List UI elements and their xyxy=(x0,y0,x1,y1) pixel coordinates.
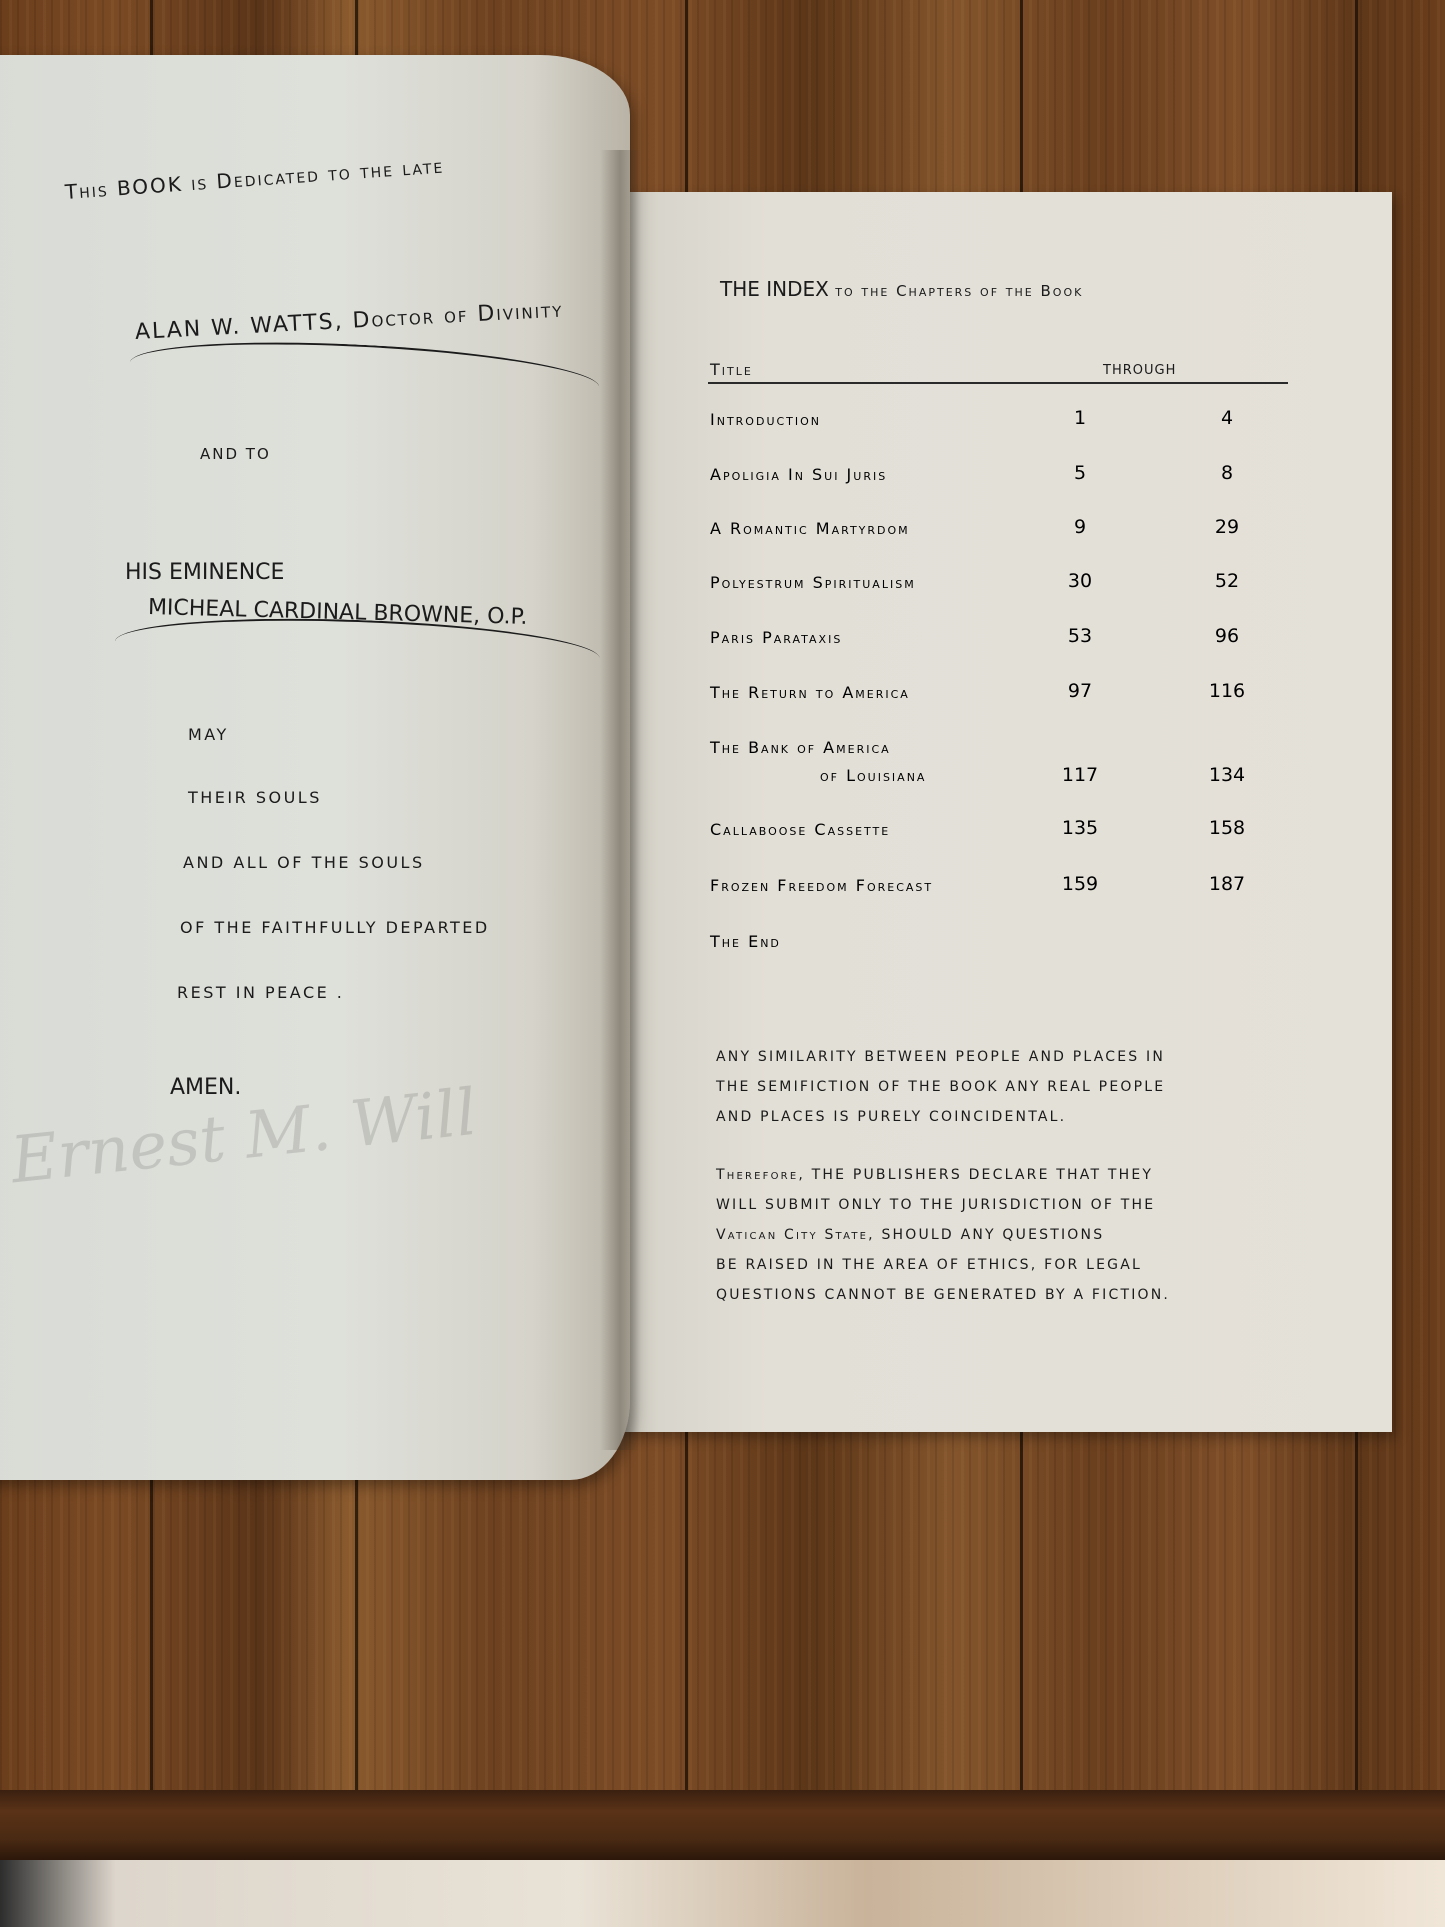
prayer-line: OF THE FAITHFULLY DEPARTED xyxy=(180,918,490,937)
chapter-title: The Return to America xyxy=(710,683,910,702)
disclaimer-line: WILL SUBMIT ONLY TO THE JURISDICTION OF … xyxy=(716,1190,1155,1220)
chapter-start-page: 53 xyxy=(1050,625,1110,647)
chapter-title: The Bank of America xyxy=(710,738,891,757)
floor-background xyxy=(0,1860,1445,1927)
chapter-title: The End xyxy=(710,932,781,951)
chapter-start-page: 159 xyxy=(1050,873,1110,895)
disclaimer-line: ANY SIMILARITY BETWEEN PEOPLE AND PLACES… xyxy=(716,1042,1165,1072)
chapter-end-page: 116 xyxy=(1192,680,1262,702)
prayer-line: MAY xyxy=(188,725,229,744)
chapter-title: Frozen Freedom Forecast xyxy=(710,876,933,895)
chapter-title: Polyestrum Spiritualism xyxy=(710,573,916,592)
index-heading-main: THE INDEX xyxy=(720,277,829,301)
chapter-title: Paris Parataxis xyxy=(710,628,842,647)
chapter-title: Apoligia In Sui Juris xyxy=(710,465,887,484)
index-heading-rest: to the Chapters of the Book xyxy=(835,282,1083,300)
chapter-title: Callaboose Cassette xyxy=(710,820,890,839)
chapter-row: Paris Parataxis5396 xyxy=(710,628,1270,658)
left-page xyxy=(0,55,630,1480)
chapter-start-page: 9 xyxy=(1050,516,1110,538)
chapter-row: Introduction14 xyxy=(710,410,1270,440)
chapter-row: The Return to America97116 xyxy=(710,683,1270,713)
disclaimer-line: THE SEMIFICTION OF THE BOOK ANY REAL PEO… xyxy=(716,1072,1165,1102)
chapter-end-page: 134 xyxy=(1192,764,1262,786)
chapter-title: A Romantic Martyrdom xyxy=(710,519,910,538)
disclaimer-line: QUESTIONS CANNOT BE GENERATED BY A FICTI… xyxy=(716,1280,1170,1310)
chapter-row: A Romantic Martyrdom929 xyxy=(710,519,1270,549)
chapter-end-page: 8 xyxy=(1192,462,1262,484)
chapter-row: The Bank of Americaof Louisiana117134 xyxy=(710,738,1270,768)
chapter-title: Introduction xyxy=(710,410,821,429)
chapter-start-page: 135 xyxy=(1050,817,1110,839)
chapter-row: Apoligia In Sui Juris58 xyxy=(710,465,1270,495)
dedicatee-title: HIS EMINENCE xyxy=(125,560,284,585)
chapter-title-line2: of Louisiana xyxy=(820,766,926,785)
chapter-end-page: 29 xyxy=(1192,516,1262,538)
disclaimer-line: AND PLACES IS PURELY COINCIDENTAL. xyxy=(716,1102,1066,1132)
index-heading: THE INDEX to the Chapters of the Book xyxy=(720,277,1083,301)
chapter-start-page: 30 xyxy=(1050,570,1110,592)
chapter-row: Frozen Freedom Forecast159187 xyxy=(710,876,1270,906)
disclaimer-line: Therefore, THE PUBLISHERS DECLARE THAT T… xyxy=(716,1160,1153,1190)
chapter-start-page: 1 xyxy=(1050,407,1110,429)
book-gutter xyxy=(600,150,640,1450)
chapter-end-page: 187 xyxy=(1192,873,1262,895)
conjunction-and-to: AND TO xyxy=(200,445,271,463)
table-edge xyxy=(0,1790,1445,1860)
chapter-end-page: 4 xyxy=(1192,407,1262,429)
prayer-line: REST IN PEACE . xyxy=(177,983,344,1002)
chapter-start-page: 117 xyxy=(1050,764,1110,786)
disclaimer-line: Vatican City State, SHOULD ANY QUESTIONS xyxy=(716,1220,1104,1250)
chapter-start-page: 97 xyxy=(1050,680,1110,702)
column-header-through: THROUGH xyxy=(1103,363,1176,378)
chapter-end-page: 158 xyxy=(1192,817,1262,839)
chapter-end-page: 96 xyxy=(1192,625,1262,647)
chapter-row: Polyestrum Spiritualism3052 xyxy=(710,573,1270,603)
prayer-line: THEIR SOULS xyxy=(188,788,322,807)
header-rule xyxy=(708,382,1288,384)
chapter-row: The End xyxy=(710,932,1270,962)
disclaimer-line: BE RAISED IN THE AREA OF ETHICS, FOR LEG… xyxy=(716,1250,1142,1280)
prayer-line: AND ALL OF THE SOULS xyxy=(183,853,425,872)
chapter-row: Callaboose Cassette135158 xyxy=(710,820,1270,850)
closing-amen: AMEN. xyxy=(170,1075,241,1100)
chapter-end-page: 52 xyxy=(1192,570,1262,592)
chapter-start-page: 5 xyxy=(1050,462,1110,484)
column-header-title: Title xyxy=(710,360,753,379)
